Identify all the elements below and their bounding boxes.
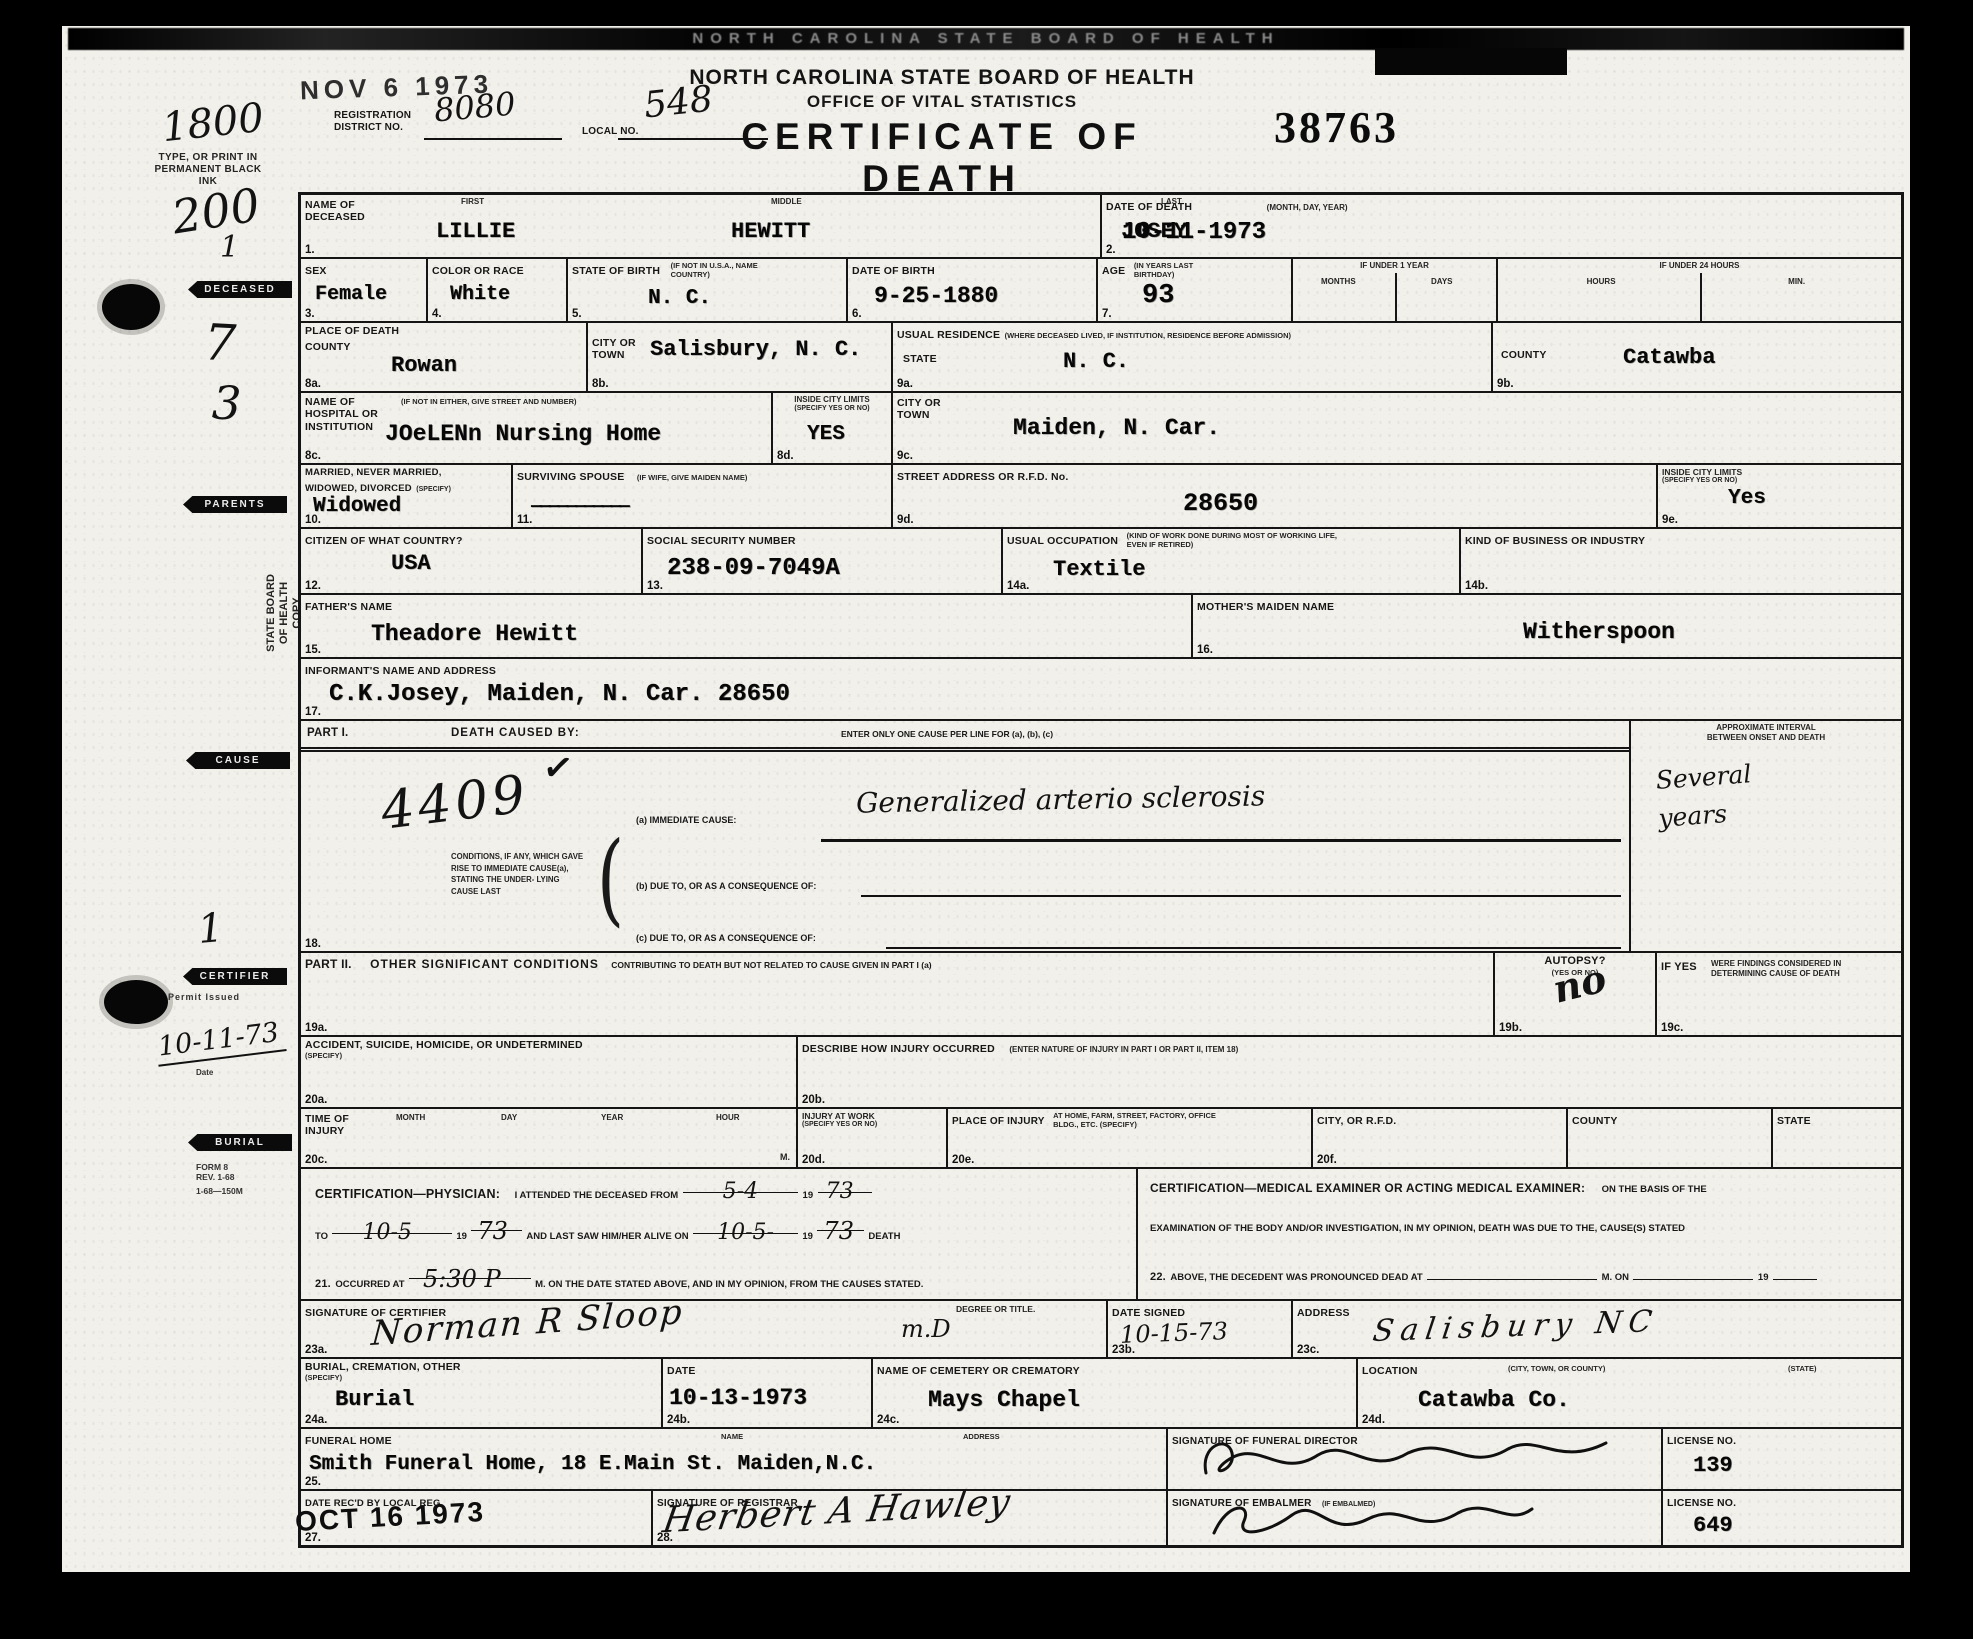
sex-value: Female xyxy=(315,283,387,306)
mothers-maiden-name-label: MOTHER'S MAIDEN NAME xyxy=(1197,601,1334,613)
burial-specify-sub: (SPECIFY) xyxy=(305,1373,657,1382)
min-label: MIN. xyxy=(1788,277,1805,287)
item-number: 23b. xyxy=(1112,1344,1135,1356)
office-title: OFFICE OF VITAL STATISTICS xyxy=(662,92,1222,112)
inside-city-value: YES xyxy=(807,423,845,446)
immediate-cause-value: Generalized arterio sclerosis xyxy=(856,779,1266,819)
embalmer-license-value: 649 xyxy=(1693,1513,1733,1538)
19-prefix: 19 xyxy=(456,1231,467,1242)
one-cause-note: ENTER ONLY ONE CAUSE PER LINE FOR (a), (… xyxy=(841,729,1053,739)
certificate-title: CERTIFICATE OF DEATH xyxy=(662,116,1222,200)
occupation-label: USUAL OCCUPATION xyxy=(1007,535,1118,547)
physician-certification-line1: CERTIFICATION—PHYSICIAN: I ATTENDED THE … xyxy=(315,1179,872,1203)
license-no-label: LICENSE NO. xyxy=(1667,1435,1736,1447)
item-number: 8c. xyxy=(305,450,321,462)
pronounced-19: 19 xyxy=(1758,1272,1769,1283)
blank-line xyxy=(1773,1268,1817,1280)
margin-handwriting-3: 3 xyxy=(211,376,242,431)
due-to-c-label: (c) DUE TO, OR AS A CONSEQUENCE OF: xyxy=(636,933,816,943)
copy-line: OF HEALTH xyxy=(278,538,291,688)
funeral-home-label: FUNERAL HOME xyxy=(305,1435,392,1447)
item-number: 20f. xyxy=(1317,1154,1337,1166)
location-label: LOCATION xyxy=(1362,1365,1418,1377)
state-of-birth-value: N. C. xyxy=(648,287,711,310)
checkmark: ✓ xyxy=(540,745,576,791)
address-label: ADDRESS xyxy=(1297,1307,1350,1319)
describe-injury-sub: (ENTER NATURE OF INJURY IN PART I OR PAR… xyxy=(1009,1045,1238,1054)
registration-district-value: 8080 xyxy=(432,85,516,130)
certification-examiner-label: CERTIFICATION—MEDICAL EXAMINER OR ACTING… xyxy=(1150,1181,1585,1195)
item-number: 19c. xyxy=(1661,1022,1683,1034)
item-number: 19a. xyxy=(305,1022,327,1034)
item-number: 14b. xyxy=(1465,580,1488,592)
funeral-home-name-sub: NAME xyxy=(721,1432,743,1441)
hours-label: HOURS xyxy=(1587,277,1616,287)
attended-to-value: 10-5 xyxy=(332,1220,451,1234)
item-number: 24c. xyxy=(877,1414,899,1426)
item-number: 12. xyxy=(305,580,321,592)
pronounced-text: ABOVE, THE DECEDENT WAS PRONOUNCED DEAD … xyxy=(1170,1272,1422,1283)
registration-label-line: DISTRICT NO. xyxy=(334,122,411,134)
scan-artifact-band: NORTH CAROLINA STATE BOARD OF HEALTH xyxy=(68,28,1904,50)
usual-residence-label: USUAL RESIDENCE xyxy=(897,329,1000,341)
brace: ( xyxy=(597,829,624,929)
item-number: 23c. xyxy=(1297,1344,1319,1356)
item-number: 9d. xyxy=(897,514,914,526)
state-of-birth-sub: (IF NOT IN U.S.A., NAME COUNTRY) xyxy=(671,261,791,279)
surviving-spouse-label: SURVIVING SPOUSE xyxy=(517,471,624,483)
item-number: 8d. xyxy=(777,450,794,462)
part2-label: PART II. xyxy=(305,957,352,971)
item-number: 18. xyxy=(305,938,321,950)
label-line: NAME OF xyxy=(305,199,365,211)
registration-district-label: REGISTRATION DISTRICT NO. xyxy=(334,110,411,134)
19-prefix: 19 xyxy=(802,1231,813,1242)
attended-from-year: 73 xyxy=(818,1179,872,1193)
item-number: 2. xyxy=(1106,244,1116,256)
inside-city-limits-sub: (SPECIFY YES OR NO) xyxy=(777,405,887,413)
margin-handwriting-1800: 1800 xyxy=(160,95,266,151)
findings-note: WERE FINDINGS CONSIDERED IN DETERMINING … xyxy=(1711,959,1881,978)
local-no-value: 548 xyxy=(642,79,715,127)
death-city-value: Salisbury, N. C. xyxy=(650,337,861,362)
hole-punch xyxy=(104,980,168,1024)
certification-physician-label: CERTIFICATION—PHYSICIAN: xyxy=(315,1187,500,1201)
item-number: 17. xyxy=(305,706,321,718)
injury-at-work-sub: (SPECIFY YES OR NO) xyxy=(802,1121,942,1129)
blank-line xyxy=(886,947,1621,949)
local-no-label: LOCAL NO. xyxy=(582,126,639,138)
certificate-form: NAME OF DECEASED FIRST MIDDLE LAST LILLI… xyxy=(298,192,1904,1548)
residence-town-value: Maiden, N. Car. xyxy=(1013,415,1220,441)
institution-sub: (IF NOT IN EITHER, GIVE STREET AND NUMBE… xyxy=(401,397,577,406)
place-of-death-label: PLACE OF DEATH xyxy=(305,325,582,337)
if-yes-label: IF YES xyxy=(1661,961,1697,974)
tab-parents: PARENTS xyxy=(183,496,287,513)
to-label: TO xyxy=(315,1231,328,1242)
age-label: AGE xyxy=(1102,265,1125,277)
physician-certification-line2: TO 10-5 19 73 AND LAST SAW HIM/HER ALIVE… xyxy=(315,1217,900,1244)
fathers-name-value: Theadore Hewitt xyxy=(371,621,578,647)
label-line: NAME OF xyxy=(305,396,378,408)
label-line: DECEASED xyxy=(305,211,365,223)
m-suffix: M. xyxy=(780,1152,790,1163)
item-number: 7. xyxy=(1102,308,1112,320)
funeral-home-value: Smith Funeral Home, 18 E.Main St. Maiden… xyxy=(309,1453,876,1476)
item-number: 9a. xyxy=(897,378,913,390)
street-address-label: STREET ADDRESS OR R.F.D. No. xyxy=(897,471,1068,483)
label-line: HOSPITAL OR xyxy=(305,408,378,420)
funeral-director-signature xyxy=(1198,1433,1618,1490)
registrar-signature: Herbert A Hawley xyxy=(660,1482,1014,1542)
blank-line xyxy=(424,138,562,140)
blank-line xyxy=(618,138,768,140)
marital-specify: (SPECIFY) xyxy=(416,486,451,493)
middle-label: MIDDLE xyxy=(771,197,802,207)
first-name-value: LILLIE xyxy=(436,219,515,244)
location-sub1: (CITY, TOWN, OR COUNTY) xyxy=(1508,1364,1605,1373)
injury-county-label: COUNTY xyxy=(1572,1115,1618,1127)
marital-status-value: Widowed xyxy=(313,495,401,518)
degree-or-title-label: DEGREE OR TITLE. xyxy=(956,1304,1035,1314)
residence-town-label: CITY OR TOWN xyxy=(897,397,941,422)
day-label: DAY xyxy=(501,1113,517,1123)
label-line: TIME OF xyxy=(305,1113,349,1125)
accident-label: ACCIDENT, SUICIDE, HOMICIDE, OR UNDETERM… xyxy=(305,1039,792,1051)
certificate-paper: NORTH CAROLINA STATE BOARD OF HEALTH 180… xyxy=(62,26,1910,1572)
inside-city-limits-sub: (SPECIFY YES OR NO) xyxy=(1662,477,1897,485)
tab-cause: CAUSE xyxy=(186,752,290,769)
form-note-line: FORM 8 xyxy=(196,1162,243,1172)
margin-handwriting-1: 1 xyxy=(220,230,239,265)
county-label: COUNTY xyxy=(305,341,582,353)
tab-certifier: CERTIFIER xyxy=(183,968,287,985)
license-no-label: LICENSE NO. xyxy=(1667,1497,1736,1509)
occurred-time-value: 5:30 P xyxy=(409,1265,531,1279)
certifier-signature: Norman R Sloop xyxy=(370,1292,685,1354)
19-prefix: 19 xyxy=(803,1190,814,1201)
fathers-name-label: FATHER'S NAME xyxy=(305,601,392,613)
cause-code-handwritten: 4409 xyxy=(378,764,533,842)
residence-state-value: N. C. xyxy=(1063,349,1129,374)
injury-at-work-label: INJURY AT WORK xyxy=(802,1111,942,1121)
item-number: 20a. xyxy=(305,1094,327,1106)
race-label: COLOR OR RACE xyxy=(432,265,524,277)
conditions-note: CONDITIONS, IF ANY, WHICH GAVE RISE TO I… xyxy=(451,851,586,898)
race-value: White xyxy=(450,283,510,306)
burial-date-value: 10-13-1973 xyxy=(669,1385,807,1411)
date-of-birth-label: DATE OF BIRTH xyxy=(852,265,935,277)
cemetery-label: NAME OF CEMETERY OR CREMATORY xyxy=(877,1365,1080,1377)
margin-handwriting-7: 7 xyxy=(203,313,238,373)
item-number: 20e. xyxy=(952,1154,974,1166)
item-number: 9b. xyxy=(1497,378,1514,390)
attended-from-value: 5-4 xyxy=(683,1179,798,1193)
last-alive-year: 73 xyxy=(817,1217,864,1231)
name-of-deceased-label: NAME OF DECEASED xyxy=(305,199,365,224)
pronounced-m: M. ON xyxy=(1602,1272,1629,1283)
marital-status-label: MARRIED, NEVER MARRIED, xyxy=(305,467,507,478)
margin-handwriting-1b: 1 xyxy=(196,905,225,953)
item-number: 20d. xyxy=(802,1154,825,1166)
death-word: DEATH xyxy=(868,1231,900,1242)
item-number: 16. xyxy=(1197,644,1213,656)
attended-to-year: 73 xyxy=(471,1217,522,1231)
label-line: INJURY xyxy=(305,1125,349,1137)
item-number: 6. xyxy=(852,308,862,320)
part1-label: PART I. xyxy=(307,727,348,741)
occupation-value: Textile xyxy=(1053,557,1145,582)
hospital-institution-label: NAME OF HOSPITAL OR INSTITUTION xyxy=(305,396,378,433)
sex-label: SEX xyxy=(305,265,327,277)
item-number: 5. xyxy=(572,308,582,320)
item-number: 8a. xyxy=(305,378,321,390)
permit-issued-label: Permit Issued xyxy=(168,992,240,1003)
months-label: MONTHS xyxy=(1321,277,1356,287)
date-of-death-sub: (MONTH, DAY, YEAR) xyxy=(1267,203,1348,212)
accident-sub: (SPECIFY) xyxy=(305,1051,792,1060)
institution-value: JOeLENn Nursing Home xyxy=(385,421,661,447)
board-title: NORTH CAROLINA STATE BOARD OF HEALTH xyxy=(662,66,1222,90)
scan-artifact-blackbar xyxy=(1375,48,1567,75)
item-number: 13. xyxy=(647,580,663,592)
cemetery-value: Mays Chapel xyxy=(928,1387,1080,1413)
hole-punch xyxy=(102,284,160,330)
embalmer-signature xyxy=(1208,1497,1538,1548)
certificate-header: NORTH CAROLINA STATE BOARD OF HEALTH OFF… xyxy=(662,66,1222,200)
item-number: 9c. xyxy=(897,450,913,462)
place-of-injury-sub: AT HOME, FARM, STREET, FACTORY, OFFICE B… xyxy=(1053,1111,1233,1129)
ssn-value: 238-09-7049A xyxy=(667,555,840,582)
item-number: 14a. xyxy=(1007,580,1029,592)
surviving-spouse-value: ——————————— xyxy=(531,497,628,517)
if-under-24-hours-label: IF UNDER 24 HOURS xyxy=(1498,259,1901,271)
certifier-address-value: Salisbury NC xyxy=(1371,1304,1661,1349)
part2-note: CONTRIBUTING TO DEATH BUT NOT RELATED TO… xyxy=(611,960,931,970)
injury-city-label: CITY, OR R.F.D. xyxy=(1317,1115,1396,1127)
mothers-maiden-name-value: Witherspoon xyxy=(1523,619,1675,645)
examiner-text1: ON THE BASIS OF THE xyxy=(1602,1184,1707,1195)
item-number: 8b. xyxy=(592,378,609,390)
blank-line xyxy=(1633,1268,1753,1280)
place-of-injury-label: PLACE OF INJURY xyxy=(952,1116,1045,1127)
item-number: 23a. xyxy=(305,1344,327,1356)
death-caused-by-label: DEATH CAUSED BY: xyxy=(451,727,580,741)
date-signed-value: 10-15-73 xyxy=(1120,1317,1229,1349)
informant-label: INFORMANT'S NAME AND ADDRESS xyxy=(305,665,496,677)
label-line: TOWN xyxy=(897,409,941,421)
examiner-certification-line3: 22. ABOVE, THE DECEDENT WAS PRONOUNCED D… xyxy=(1150,1267,1817,1285)
item-number: 4. xyxy=(432,308,442,320)
residence-inside-city-value: Yes xyxy=(1728,487,1766,510)
form-note-line: 1-68—150M xyxy=(196,1186,243,1196)
date-of-death-value: 10-11-1973 xyxy=(1122,219,1266,246)
item-number: 24a. xyxy=(305,1414,327,1426)
burial-date-label: DATE xyxy=(667,1365,696,1377)
marital-status-label2: WIDOWED, DIVORCED xyxy=(305,483,412,494)
item-number: 25. xyxy=(305,1476,321,1488)
burial-value: Burial xyxy=(335,1387,414,1412)
county-label: COUNTY xyxy=(1501,349,1547,361)
blank-line xyxy=(1427,1268,1597,1280)
item-number: 20c. xyxy=(305,1154,327,1166)
tab-deceased: DECEASED xyxy=(188,281,292,298)
attended-text: I ATTENDED THE DECEASED FROM xyxy=(515,1190,679,1201)
label-line: CITY OR xyxy=(897,397,941,409)
item-number: 24d. xyxy=(1362,1414,1385,1426)
informant-value: C.K.Josey, Maiden, N. Car. 28650 xyxy=(329,681,790,708)
item-number: 20b. xyxy=(802,1094,825,1106)
date-label: Date xyxy=(196,1068,213,1078)
usual-residence-sub: (WHERE DECEASED LIVED, IF INSTITUTION, R… xyxy=(1005,331,1291,340)
state-of-birth-label: STATE OF BIRTH xyxy=(572,265,660,277)
inside-city-limits-label: INSIDE CITY LIMITS xyxy=(1662,467,1897,477)
occurred-text: OCCURRED AT xyxy=(335,1279,404,1290)
label-line: TOWN xyxy=(592,349,636,361)
inside-city-limits-label: INSIDE CITY LIMITS xyxy=(777,395,887,405)
hour-label: HOUR xyxy=(716,1113,740,1123)
death-county-value: Rowan xyxy=(391,353,457,378)
occurred-item: 21. xyxy=(315,1278,331,1290)
form-note-line: REV. 1-68 xyxy=(196,1172,243,1182)
date-signed-label: DATE SIGNED xyxy=(1112,1307,1185,1319)
month-label: MONTH xyxy=(396,1113,425,1123)
interval-label: APPROXIMATE INTERVAL xyxy=(1635,723,1897,733)
certificate-number: 38763 xyxy=(1274,102,1399,153)
certifier-degree-value: m.D xyxy=(901,1315,951,1343)
interval-value: Several years xyxy=(1655,752,1800,837)
burial-cremation-label: BURIAL, CREMATION, OTHER xyxy=(305,1361,657,1373)
item-number: 15. xyxy=(305,644,321,656)
item-number: 10. xyxy=(305,514,321,526)
scanned-death-certificate: NORTH CAROLINA STATE BOARD OF HEALTH 180… xyxy=(0,0,1973,1639)
permit-date-handwritten: 10-11-73 xyxy=(154,1016,287,1067)
city-or-town-label: CITY OR TOWN xyxy=(592,337,636,362)
middle-name-value: HEWITT xyxy=(731,219,810,244)
location-sub2: (STATE) xyxy=(1788,1364,1816,1373)
item-number: 11. xyxy=(517,514,532,526)
describe-injury-label: DESCRIBE HOW INJURY OCCURRED xyxy=(802,1043,995,1055)
street-address-value: 28650 xyxy=(1183,489,1258,518)
last-alive-value: 10-5- xyxy=(693,1220,798,1234)
physician-certification-line3: 21. OCCURRED AT 5:30 P M. ON THE DATE ST… xyxy=(315,1265,923,1292)
pronounced-item: 22. xyxy=(1150,1271,1166,1283)
label-line: INSTITUTION xyxy=(305,421,378,433)
item-number: 3. xyxy=(305,308,315,320)
if-under-1-year-label: IF UNDER 1 YEAR xyxy=(1293,259,1496,271)
funeral-home-address-sub: ADDRESS xyxy=(963,1432,1000,1441)
occupation-sub: (KIND OF WORK DONE DURING MOST OF WORKIN… xyxy=(1127,531,1357,549)
tab-burial: BURIAL xyxy=(188,1134,292,1151)
interval-label2: BETWEEN ONSET AND DEATH xyxy=(1635,733,1897,743)
registration-label-line: REGISTRATION xyxy=(334,110,411,122)
surviving-spouse-sub: (IF WIFE, GIVE MAIDEN NAME) xyxy=(637,473,747,482)
citizen-value: USA xyxy=(391,551,431,576)
part2-title: OTHER SIGNIFICANT CONDITIONS xyxy=(370,957,599,971)
days-label: DAYS xyxy=(1431,277,1453,287)
immediate-cause-label: (a) IMMEDIATE CAUSE: xyxy=(636,815,736,825)
item-number: 1. xyxy=(305,244,315,256)
occurred-rest: M. ON THE DATE STATED ABOVE, AND IN MY O… xyxy=(535,1279,923,1290)
location-value: Catawba Co. xyxy=(1418,1387,1570,1413)
citizen-label: CITIZEN OF WHAT COUNTRY? xyxy=(305,535,463,547)
director-license-value: 139 xyxy=(1693,1453,1733,1478)
ssn-label: SOCIAL SECURITY NUMBER xyxy=(647,535,796,547)
time-of-injury-label: TIME OF INJURY xyxy=(305,1113,349,1138)
residence-county-value: Catawba xyxy=(1623,345,1715,370)
form-number-note: FORM 8 REV. 1-68 1-68—150M xyxy=(196,1162,243,1197)
blank-line xyxy=(821,839,1621,842)
age-sub: (IN YEARS LAST BIRTHDAY) xyxy=(1134,261,1224,279)
date-of-birth-value: 9-25-1880 xyxy=(874,283,998,309)
year-label: YEAR xyxy=(601,1113,623,1123)
copy-line: STATE BOARD xyxy=(265,538,278,688)
blank-line xyxy=(861,895,1621,897)
item-number: 19b. xyxy=(1499,1022,1522,1034)
examiner-text2: EXAMINATION OF THE BODY AND/OR INVESTIGA… xyxy=(1150,1223,1685,1234)
examiner-certification-line1: CERTIFICATION—MEDICAL EXAMINER OR ACTING… xyxy=(1150,1179,1707,1197)
date-of-death-label: DATE OF DEATH xyxy=(1106,201,1192,213)
age-value: 93 xyxy=(1142,281,1174,311)
item-number: 24b. xyxy=(667,1414,690,1426)
last-saw-text: AND LAST SAW HIM/HER ALIVE ON xyxy=(526,1231,688,1242)
item-number: 9e. xyxy=(1662,514,1678,526)
due-to-b-label: (b) DUE TO, OR AS A CONSEQUENCE OF: xyxy=(636,881,816,891)
injury-state-label: STATE xyxy=(1777,1115,1811,1127)
label-line: CITY OR xyxy=(592,337,636,349)
first-label: FIRST xyxy=(461,197,484,207)
industry-label: KIND OF BUSINESS OR INDUSTRY xyxy=(1465,535,1645,547)
state-label: STATE xyxy=(903,353,937,365)
